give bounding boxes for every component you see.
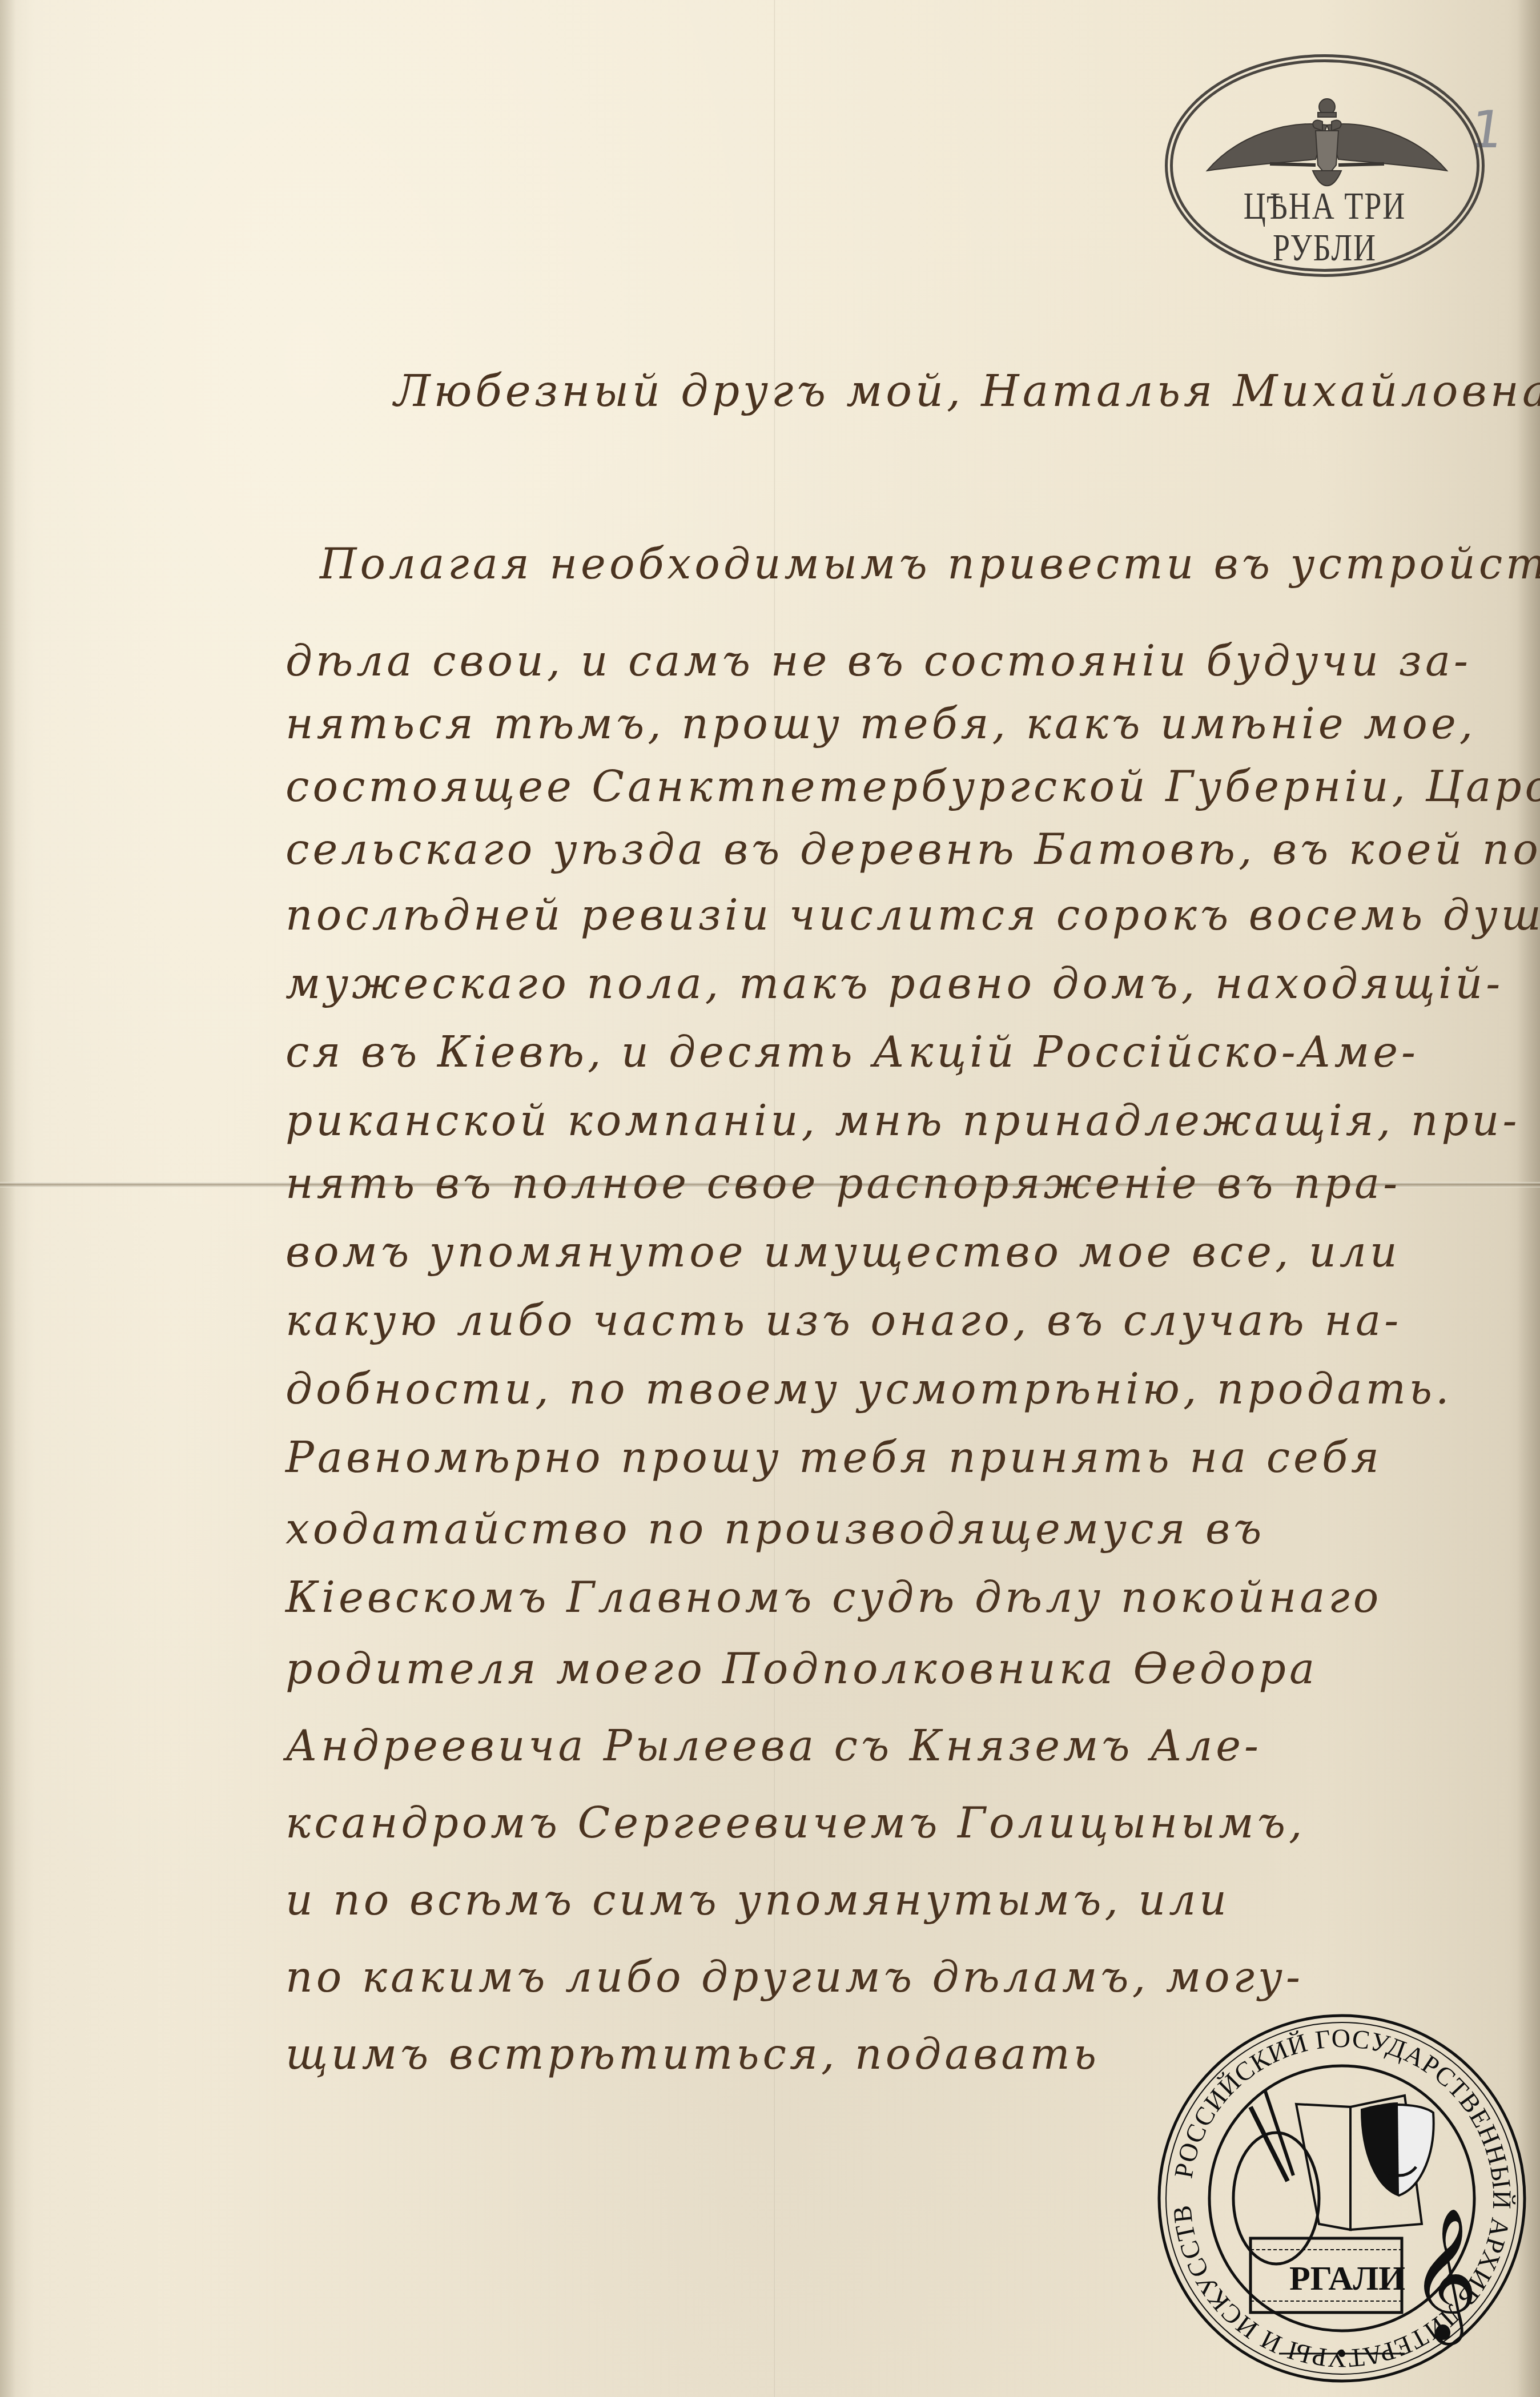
stamp-price-text: ЦѢНА ТРИ РУБЛИ (1173, 186, 1477, 268)
letter-line: щимъ встрѣтиться, подавать (286, 2030, 1100, 2079)
letter-line: ходатайство по производящемуся въ (286, 1505, 1265, 1554)
letter-line: по какимъ либо другимъ дѣламъ, могу- (286, 1953, 1304, 2002)
tax-stamp: ЦѢНА ТРИ РУБЛИ (1165, 54, 1485, 277)
letter-line: нять въ полное свое распоряженiе въ пра- (286, 1159, 1401, 1208)
letter-line: мужескаго пола, такъ равно домъ, находящ… (286, 959, 1503, 1008)
letter-salutation: Любезный другъ мой, Наталья Михайловна. (394, 365, 1540, 416)
letter-line: Равномѣрно прошу тебя принять на себя (286, 1433, 1382, 1482)
document-page: 1 ЦѢНА ТРИ РУБЛИ Любезный другъ мой, Нат… (0, 0, 1540, 2397)
letter-line: родителя моего Подполковника Ѳедора (286, 1644, 1318, 1694)
treble-clef-icon: 𝄞 (1410, 2207, 1478, 2346)
letter-line: послѣдней ревизiи числится сорокъ восемь… (286, 891, 1540, 940)
letter-line: добности, по твоему усмотрѣнiю, продать. (286, 1365, 1453, 1414)
seal-abbreviation: РГАЛИ (1289, 2259, 1405, 2297)
letter-line: какую либо часть изъ онаго, въ случаѣ на… (286, 1296, 1402, 1345)
letter-line: дѣла свои, и самъ не въ состоянiи будучи… (286, 637, 1471, 686)
letter-line: няться тѣмъ, прошу тебя, какъ имѣнiе мое… (286, 699, 1476, 749)
letter-line: ксандромъ Сергеевичемъ Голицынымъ, (286, 1799, 1305, 1848)
stamp-price-line2: РУБЛИ (1173, 227, 1477, 268)
letter-line: риканской компанiи, мнѣ принадлежащiя, п… (286, 1096, 1520, 1145)
letter-line: Кiевскомъ Главномъ судѣ дѣлу покойнаго (286, 1573, 1382, 1622)
letter-line: сельскаго уѣзда въ деревнѣ Батовѣ, въ ко… (286, 825, 1540, 874)
letter-line: ся въ Кiевѣ, и десять Акцiй Россiйско-Ам… (286, 1028, 1419, 1077)
stamp-price-line1: ЦѢНА ТРИ (1173, 186, 1477, 227)
letter-line: Полагая необходимымъ привести въ устройс… (320, 540, 1540, 589)
archive-seal: РОССИЙСКИЙ ГОСУДАРСТВЕННЫЙ АРХИВ ЛИТЕРАТ… (1148, 2004, 1536, 2392)
letter-line: Андреевича Рылеева съ Княземъ Але- (286, 1722, 1262, 1771)
letter-line: состоящее Санктпетербургской Губернiи, Ц… (286, 762, 1540, 811)
letter-line: вомъ упомянутое имущество мое все, или (286, 1228, 1401, 1277)
letter-line: и по всѣмъ симъ упомянутымъ, или (286, 1876, 1230, 1925)
double-headed-eagle-icon (1201, 96, 1453, 194)
svg-text:𝄞: 𝄞 (1410, 2207, 1478, 2346)
paper-left-edge (0, 0, 16, 2397)
